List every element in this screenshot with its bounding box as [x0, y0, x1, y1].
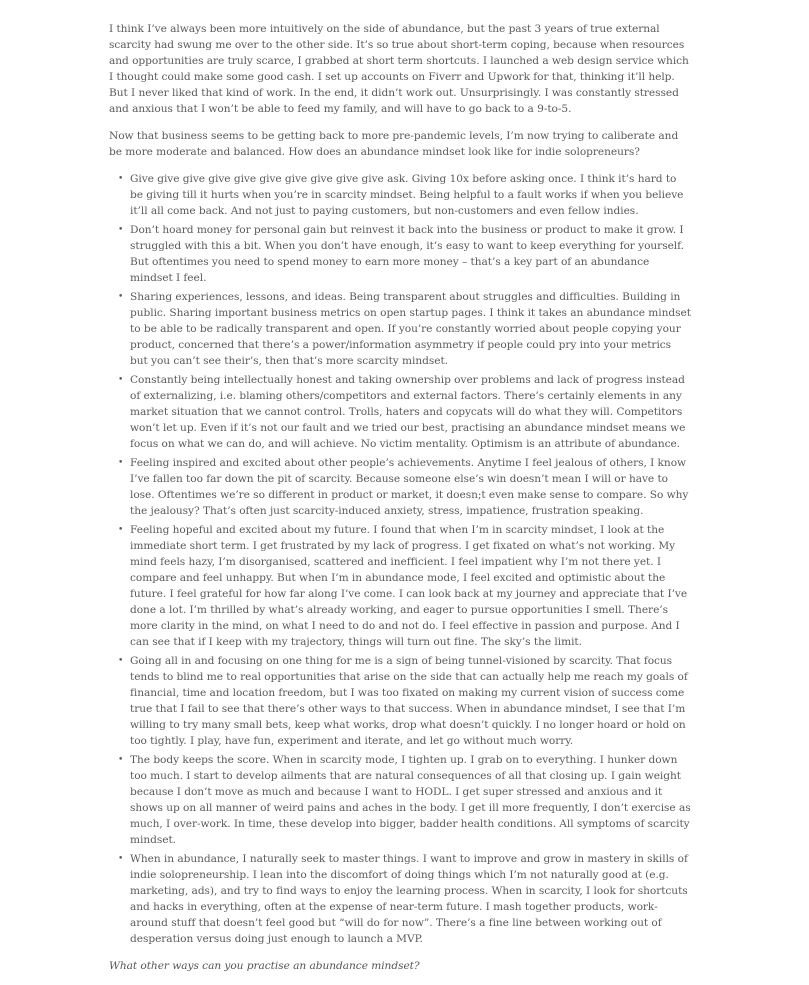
- list-item: •Constantly being intellectually honest …: [130, 372, 691, 452]
- bullet-icon: •: [118, 222, 123, 238]
- list-item-text: Going all in and focusing on one thing f…: [130, 655, 688, 747]
- bullet-icon: •: [118, 851, 123, 867]
- list-item-text: The body keeps the score. When in scarci…: [130, 754, 691, 846]
- list-item: •The body keeps the score. When in scarc…: [130, 752, 691, 848]
- bullet-icon: •: [118, 455, 123, 471]
- list-item-text: Feeling hopeful and excited about my fut…: [130, 524, 687, 648]
- intro-paragraph: I think I’ve always been more intuitivel…: [109, 21, 691, 117]
- list-item-text: Give give give give give give give give …: [130, 173, 683, 217]
- bullet-icon: •: [118, 289, 123, 305]
- list-item-text: Constantly being intellectually honest a…: [130, 374, 685, 450]
- list-item-text: Sharing experiences, lessons, and ideas.…: [130, 291, 691, 367]
- list-item: •Feeling hopeful and excited about my fu…: [130, 522, 691, 650]
- bullet-icon: •: [118, 171, 123, 187]
- list-item-text: When in abundance, I naturally seek to m…: [130, 853, 688, 945]
- list-item-text: Feeling inspired and excited about other…: [130, 457, 688, 517]
- article-body: I think I’ve always been more intuitivel…: [109, 21, 691, 956]
- bullet-icon: •: [118, 522, 123, 538]
- question-paragraph: Now that business seems to be getting ba…: [109, 128, 691, 160]
- list-item: •Give give give give give give give give…: [130, 171, 691, 219]
- list-item: •Don’t hoard money for personal gain but…: [130, 222, 691, 286]
- list-item: •Feeling inspired and excited about othe…: [130, 455, 691, 519]
- list-item: •Going all in and focusing on one thing …: [130, 653, 691, 749]
- list-item: •When in abundance, I naturally seek to …: [130, 851, 691, 947]
- bullet-icon: •: [118, 752, 123, 768]
- list-item-text: Don’t hoard money for personal gain but …: [130, 224, 684, 284]
- bullet-icon: •: [118, 372, 123, 388]
- abundance-practices-list: •Give give give give give give give give…: [109, 171, 691, 947]
- list-item: •Sharing experiences, lessons, and ideas…: [130, 289, 691, 369]
- bullet-icon: •: [118, 653, 123, 669]
